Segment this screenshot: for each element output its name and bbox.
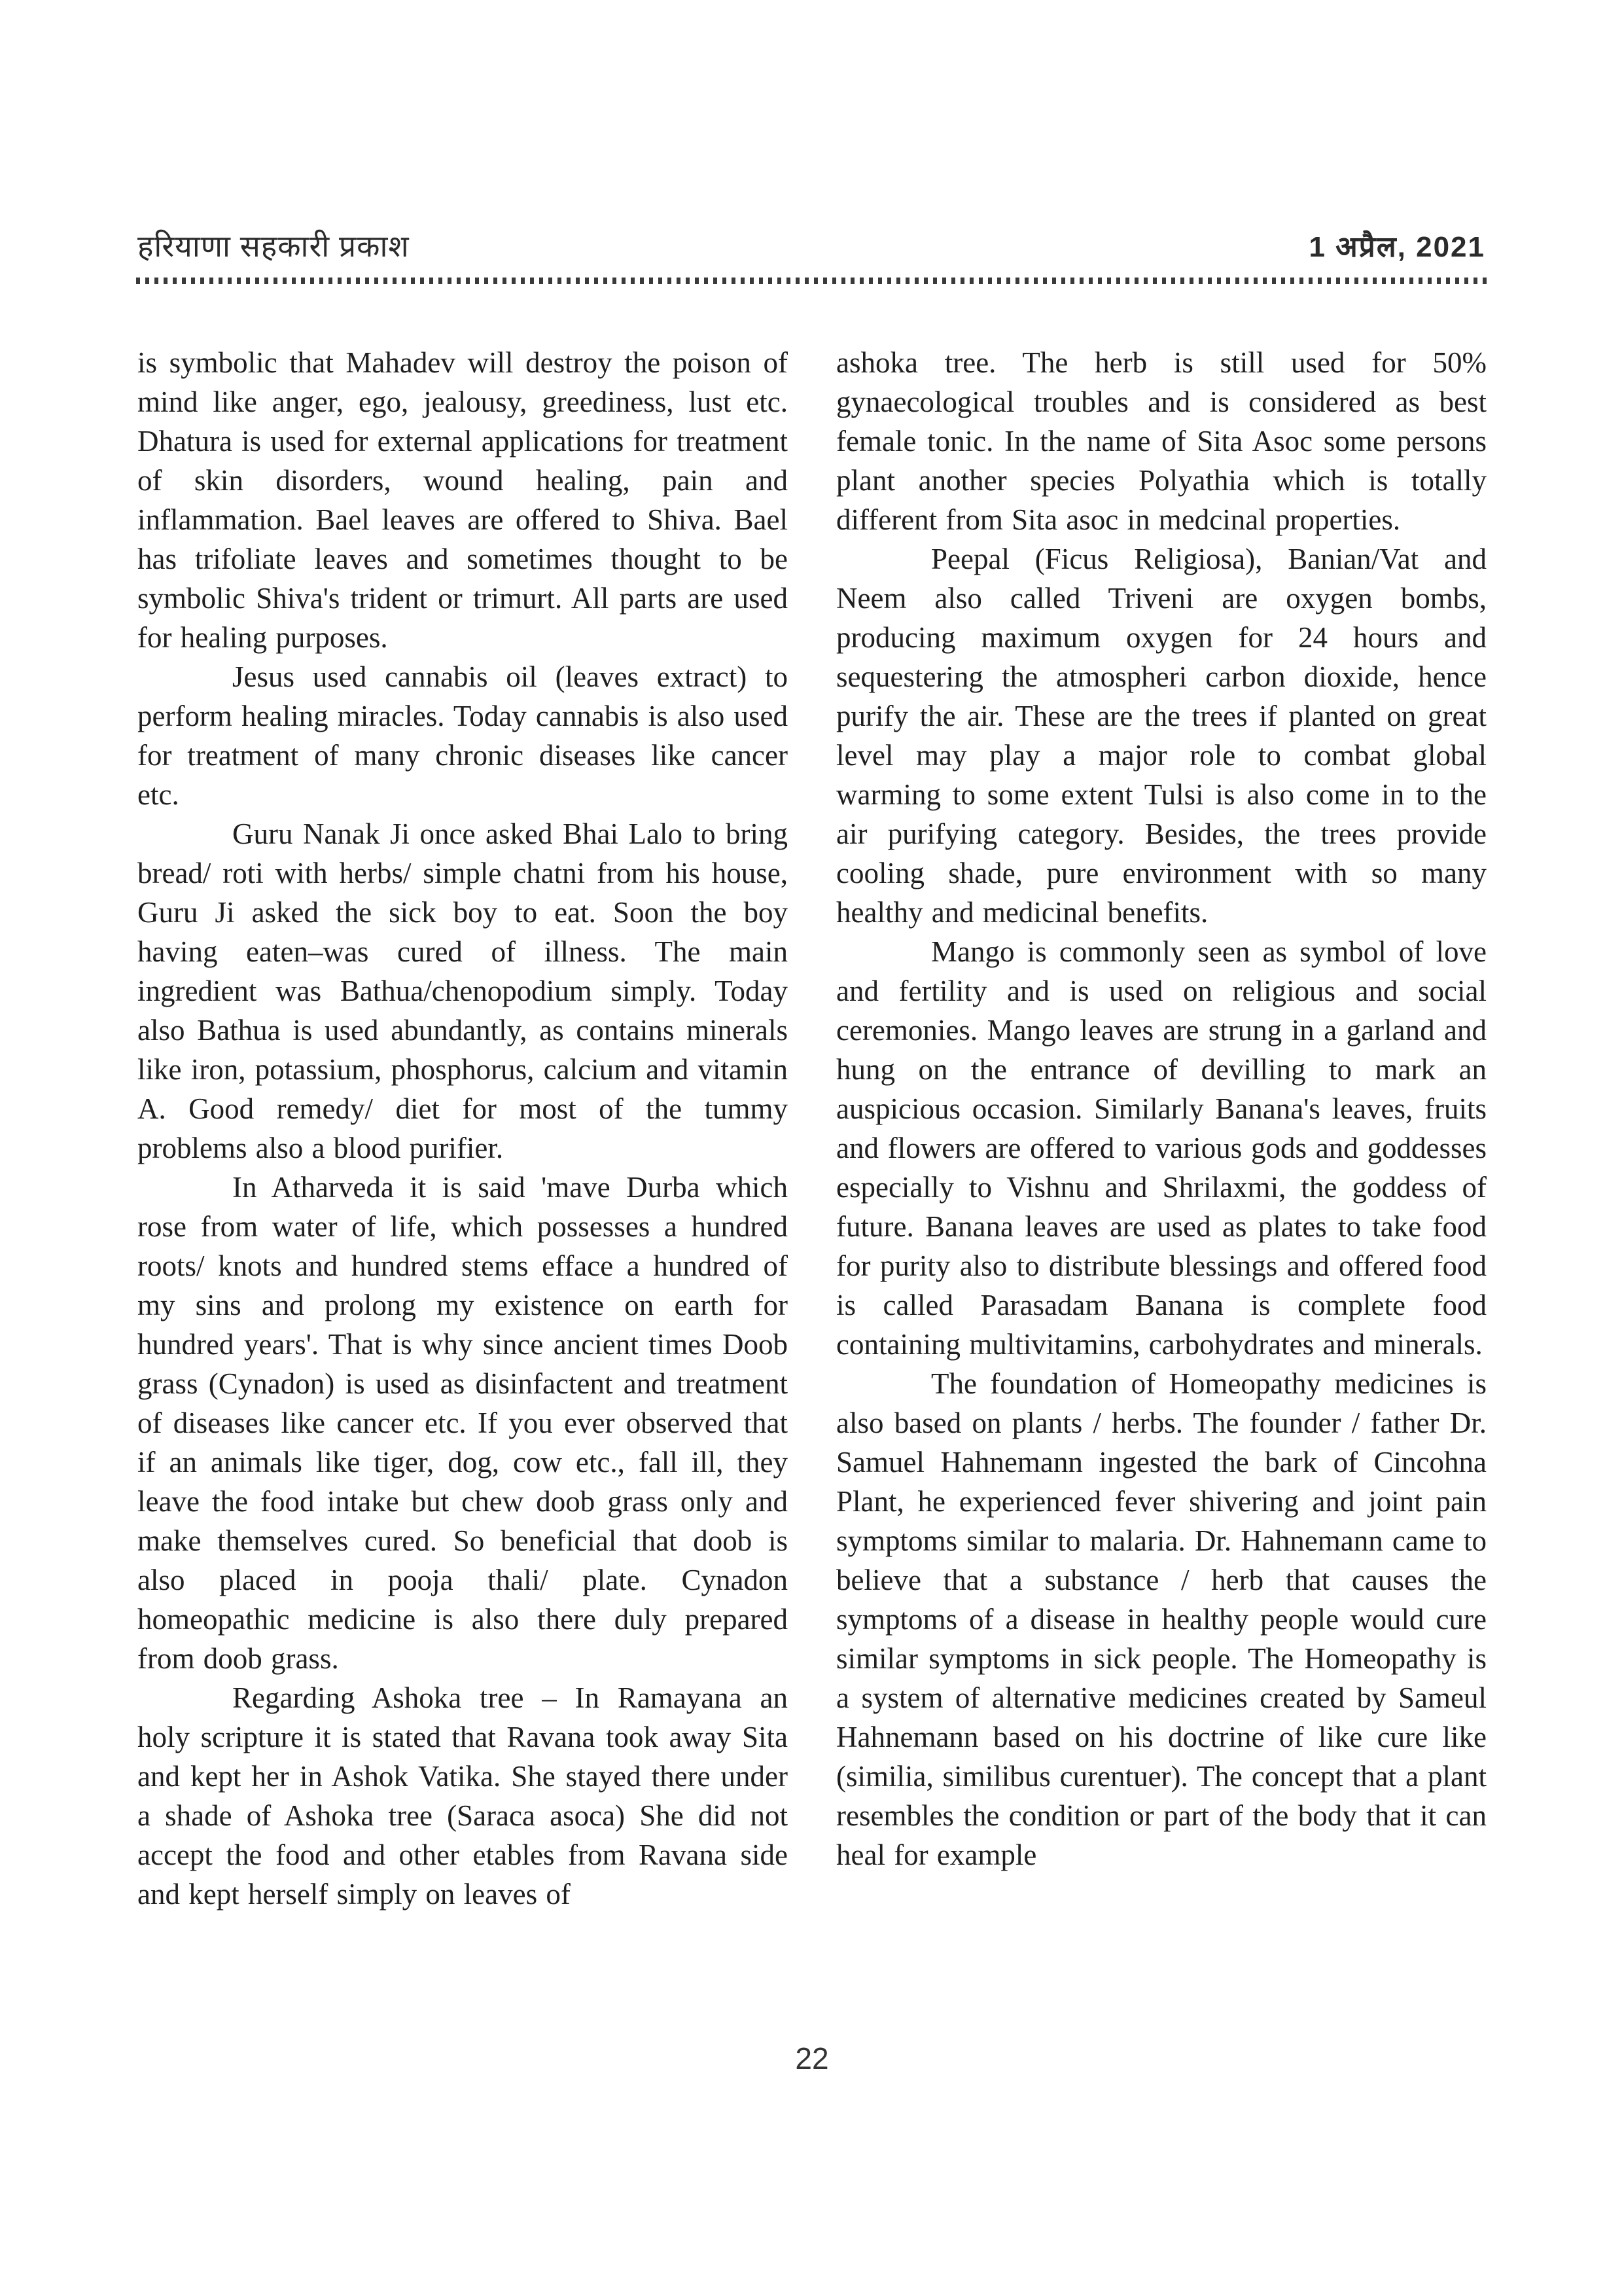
page-header: हरियाणा सहकारी प्रकाश 1 अप्रैल, 2021 [137, 225, 1485, 266]
paragraph: Mango is commonly seen as symbol of love… [836, 932, 1487, 1364]
paragraph: Peepal (Ficus Religiosa), Banian/Vat and… [836, 539, 1487, 932]
article-body: is symbolic that Mahadev will destroy th… [137, 343, 1487, 1914]
magazine-page: हरियाणा सहकारी प्रकाश 1 अप्रैल, 2021 is … [0, 0, 1624, 2296]
paragraph: Guru Nanak Ji once asked Bhai Lalo to br… [137, 814, 788, 1168]
paragraph: The foundation of Homeopathy medicines i… [836, 1364, 1487, 1874]
header-divider [136, 278, 1487, 284]
page-number: 22 [0, 2041, 1624, 2076]
right-column: ashoka tree. The herb is still used for … [836, 343, 1487, 1914]
publication-title: हरियाणा सहकारी प्रकाश [137, 225, 410, 266]
paragraph: Regarding Ashoka tree – In Ramayana an h… [137, 1678, 788, 1914]
paragraph: Jesus used cannabis oil (leaves extract)… [137, 657, 788, 814]
paragraph: ashoka tree. The herb is still used for … [836, 343, 1487, 539]
paragraph: is symbolic that Mahadev will destroy th… [137, 343, 788, 657]
issue-date: 1 अप्रैल, 2021 [1309, 226, 1485, 265]
left-column: is symbolic that Mahadev will destroy th… [137, 343, 788, 1914]
paragraph: In Atharveda it is said 'mave Durba whic… [137, 1168, 788, 1678]
